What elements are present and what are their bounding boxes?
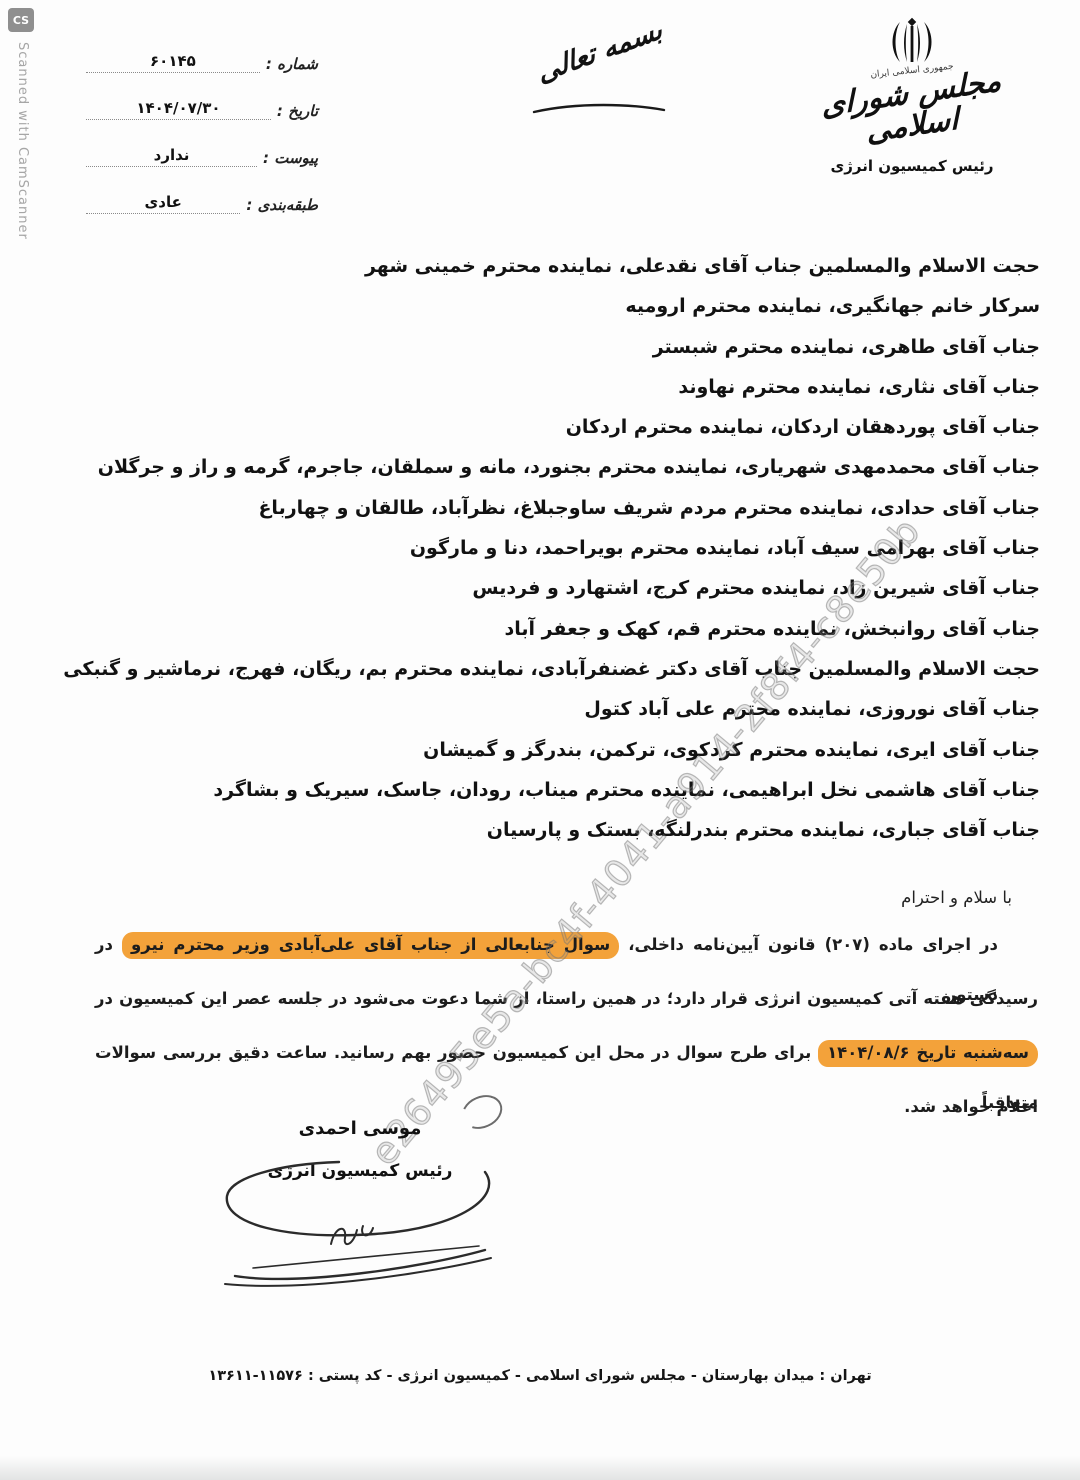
salutation: با سلام و احترام (901, 888, 1012, 907)
recipient-line: جناب آقای نثاری، نماینده محترم نهاوند (30, 367, 1040, 407)
meta-row-classification: طبقه‌بندی : عادی (86, 167, 318, 214)
number-value: ۶۰۱۴۵ (86, 52, 260, 73)
date-label: تاریخ : (271, 102, 318, 120)
attachment-value: ندارد (86, 146, 257, 167)
camscanner-watermark: CS Scanned with CamScanner (8, 8, 42, 32)
date-value: ۱۴۰۴/۰۷/۳۰ (86, 99, 271, 120)
recipient-line: جناب آقای محمدمهدی شهریاری، نماینده محتر… (30, 447, 1040, 487)
footer-address: تهران : میدان بهارستان - مجلس شورای اسلا… (0, 1368, 1080, 1384)
camscanner-label: Scanned with CamScanner (15, 42, 30, 240)
recipient-line: جناب آقای روانبخش، نماینده محترم قم، کهک… (30, 609, 1040, 649)
recipient-line: جناب آقای ایری، نماینده محترم کردکوی، تر… (30, 730, 1040, 770)
attachment-label: پیوست : (257, 149, 318, 167)
office-title: رئیس کمیسیون انرژی (802, 157, 1022, 175)
recipient-line: جناب آقای حدادی، نماینده محترم مردم شریف… (30, 488, 1040, 528)
besmellah-underline (528, 100, 668, 116)
body-line-1: در اجرای ماده (۲۰۷) قانون آیین‌نامه داخل… (95, 920, 1038, 974)
scanned-letter-page: CS Scanned with CamScanner جمهوری اسلامی… (0, 0, 1080, 1480)
postal-code: ۱۳۶۱۱-۱۱۵۷۶ (208, 1368, 303, 1384)
camscanner-icon: CS (8, 8, 34, 32)
handwritten-signature-icon (213, 1144, 509, 1294)
recipient-line: جناب آقای شیرین زاد، نماینده محترم کرج، … (30, 568, 1040, 608)
scan-edge-shadow (0, 1456, 1080, 1480)
recipient-line: جناب آقای طاهری، نماینده محترم شبستر (30, 327, 1040, 367)
letter-meta-fields: شماره : ۶۰۱۴۵ تاریخ : ۱۴۰۴/۰۷/۳۰ پیوست :… (86, 26, 318, 214)
classification-value: عادی (86, 193, 240, 214)
meta-row-attachment: پیوست : ندارد (86, 120, 318, 167)
recipient-line: حجت الاسلام والمسلمین جناب آقای دکتر غضن… (30, 649, 1040, 689)
recipient-line: حجت الاسلام والمسلمین جناب آقای نقدعلی، … (30, 246, 1040, 286)
number-label: شماره : (260, 55, 318, 73)
classification-label: طبقه‌بندی : (240, 196, 318, 214)
recipient-line: جناب آقای پوردهقان اردکان، نماینده محترم… (30, 407, 1040, 447)
body-line-2: رسیدگی هفته آتی کمیسیون انرژی قرار دارد؛… (95, 974, 1038, 1028)
address-text: تهران : میدان بهارستان - مجلس شورای اسلا… (303, 1368, 872, 1384)
signature-block: موسی احمدی رئیس کمیسیون انرژی (235, 1118, 485, 1181)
letterhead: جمهوری اسلامی ایران مجلس شورای اسلامی رئ… (802, 16, 1022, 175)
meta-row-date: تاریخ : ۱۴۰۴/۰۷/۳۰ (86, 73, 318, 120)
recipient-line: جناب آقای بهرامی سیف آباد، نماینده محترم… (30, 528, 1040, 568)
recipient-line: جناب آقای هاشمی نخل ابراهیمی، نماینده مح… (30, 770, 1040, 810)
highlighted-session-date: سه‌شنبه تاریخ ۱۴۰۴/۰۸/۶ (818, 1040, 1038, 1067)
letter-body: در اجرای ماده (۲۰۷) قانون آیین‌نامه داخل… (95, 920, 1038, 1136)
body-line-3: سه‌شنبه تاریخ ۱۴۰۴/۰۸/۶ برای طرح سوال در… (95, 1028, 1038, 1082)
recipient-line: جناب آقای جباری، نماینده محترم بندرلنگه،… (30, 810, 1040, 850)
body-text: در اجرای ماده (۲۰۷) قانون آیین‌نامه داخل… (619, 935, 998, 954)
iran-emblem-icon (880, 16, 944, 68)
meta-row-number: شماره : ۶۰۱۴۵ (86, 26, 318, 73)
highlighted-question-phrase: سوال جنابعالی از جناب آقای علی‌آبادی وزی… (122, 932, 619, 959)
signer-name: موسی احمدی (235, 1118, 485, 1139)
recipient-line: سرکار خانم جهانگیری، نماینده محترم ارومی… (30, 286, 1040, 326)
recipient-list: حجت الاسلام والمسلمین جناب آقای نقدعلی، … (30, 246, 1040, 850)
recipient-line: جناب آقای نوروزی، نماینده محترم علی آباد… (30, 689, 1040, 729)
besmellah-calligraphy: بسمه تعالی (522, 11, 678, 92)
